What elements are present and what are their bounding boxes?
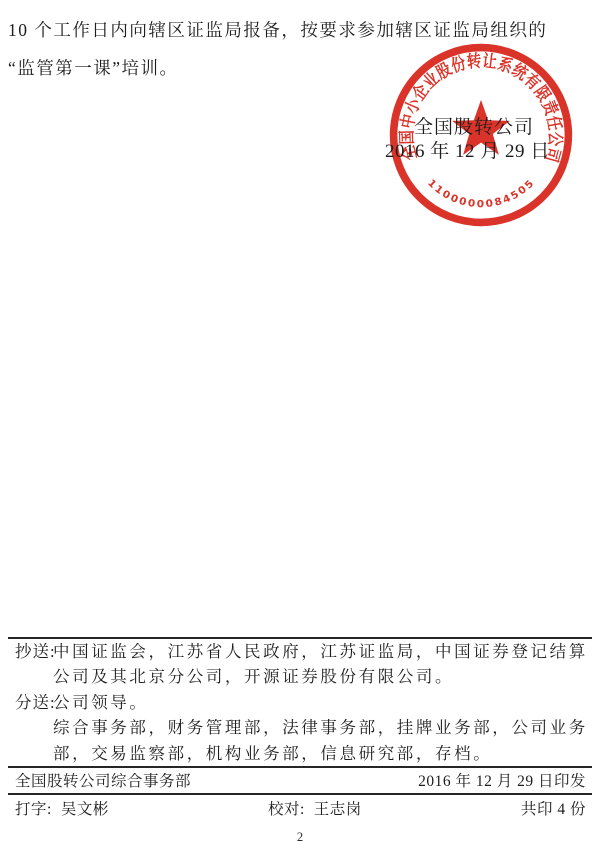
production-info-row: 打字:吴文彬 校对:王志岗 共印 4 份 [8, 795, 592, 822]
page-number: 2 [0, 830, 600, 845]
dist-row: 分送: 公司领导。 [8, 690, 592, 715]
cc-row: 抄送: 中国证监会，江苏省人民政府，江苏证监局，中国证券登记结算 [8, 639, 592, 664]
cc-line-1: 中国证监会，江苏省人民政府，江苏证监局，中国证券登记结算 [53, 642, 588, 661]
cc-line-2: 公司及其北京分公司，开源证券股份有限公司。 [8, 664, 592, 689]
copies-count: 共印 4 份 [521, 797, 586, 819]
issuing-dept: 全国股转公司综合事务部 [15, 769, 191, 791]
issue-date: 2016 年 12 月 29 日 [385, 136, 550, 163]
distribution-block: 抄送: 中国证监会，江苏省人民政府，江苏证监局，中国证券登记结算 公司及其北京分… [8, 639, 592, 766]
seal-serial-number: 1100000084505 [425, 177, 537, 210]
typist-label: 打字: [15, 801, 52, 818]
proofreader-label: 校对: [268, 801, 305, 818]
dist-line-1: 公司领导。 [53, 693, 149, 712]
proofreader-name: 王志岗 [314, 801, 362, 818]
print-info-row: 全国股转公司综合事务部 2016 年 12 月 29 日印发 [8, 768, 592, 793]
issuing-authority: 全国股转公司 [414, 112, 534, 139]
typist-name: 吴文彬 [61, 801, 109, 818]
typist: 打字:吴文彬 [15, 797, 109, 819]
dist-label: 分送: [15, 690, 56, 715]
dist-line-3: 部，交易监察部，机构业务部，信息研究部，存档。 [8, 741, 592, 766]
dist-line-2: 综合事务部，财务管理部，法律事务部，挂牌业务部，公司业务 [8, 715, 592, 740]
document-footer: 抄送: 中国证监会，江苏省人民政府，江苏证监局，中国证券登记结算 公司及其北京分… [8, 637, 592, 822]
proofreader: 校对:王志岗 [268, 797, 362, 819]
print-date: 2016 年 12 月 29 日印发 [418, 769, 586, 791]
cc-label: 抄送: [15, 639, 56, 664]
